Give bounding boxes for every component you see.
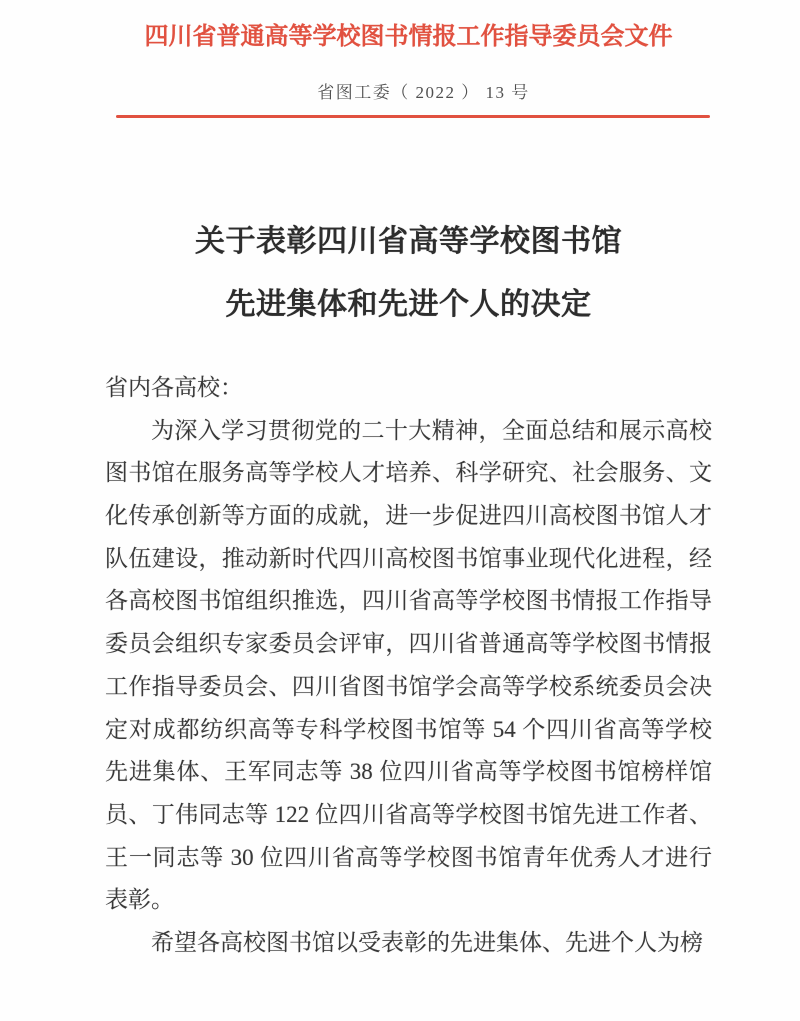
- body-line: 为深入学习贯彻党的二十大精神，全面总结和展示高校: [105, 410, 712, 453]
- document-page: 四川省普通高等学校图书情报工作指导委员会文件 省图工委（ 2022 ） 13 号…: [0, 0, 800, 1021]
- body-paragraph-lines: 为深入学习贯彻党的二十大精神，全面总结和展示高校图书馆在服务高等学校人才培养、科…: [105, 410, 712, 965]
- salutation: 省内各高校：: [105, 367, 712, 410]
- body-line: 队伍建设，推动新时代四川高校图书馆事业现代化进程，经: [105, 538, 712, 581]
- body-line: 王一同志等 30 位四川省高等学校图书馆青年优秀人才进行: [105, 837, 712, 880]
- body-line: 希望各高校图书馆以受表彰的先进集体、先进个人为榜: [105, 922, 712, 965]
- document-header-title: 四川省普通高等学校图书情报工作指导委员会文件: [105, 16, 712, 51]
- body-line: 各高校图书馆组织推选，四川省高等学校图书情报工作指导: [105, 580, 712, 623]
- body-line: 图书馆在服务高等学校人才培养、科学研究、社会服务、文: [105, 452, 712, 495]
- body-line: 委员会组织专家委员会评审，四川省普通高等学校图书情报: [105, 623, 712, 666]
- document-title-line2: 先进集体和先进个人的决定: [105, 273, 712, 336]
- body-line: 化传承创新等方面的成就，进一步促进四川高校图书馆人才: [105, 495, 712, 538]
- document-title: 关于表彰四川省高等学校图书馆 先进集体和先进个人的决定: [105, 210, 712, 336]
- document-number: 省图工委（ 2022 ） 13 号: [120, 78, 727, 103]
- body-line: 员、丁伟同志等 122 位四川省高等学校图书馆先进工作者、: [105, 794, 712, 837]
- red-divider-line: [116, 115, 710, 118]
- document-body: 省内各高校： 为深入学习贯彻党的二十大精神，全面总结和展示高校图书馆在服务高等学…: [105, 367, 712, 965]
- document-title-line1: 关于表彰四川省高等学校图书馆: [105, 210, 712, 273]
- body-line: 工作指导委员会、四川省图书馆学会高等学校系统委员会决: [105, 666, 712, 709]
- body-line: 表彰。: [105, 879, 712, 922]
- body-line: 定对成都纺织高等专科学校图书馆等 54 个四川省高等学校: [105, 709, 712, 752]
- body-line: 先进集体、王军同志等 38 位四川省高等学校图书馆榜样馆: [105, 751, 712, 794]
